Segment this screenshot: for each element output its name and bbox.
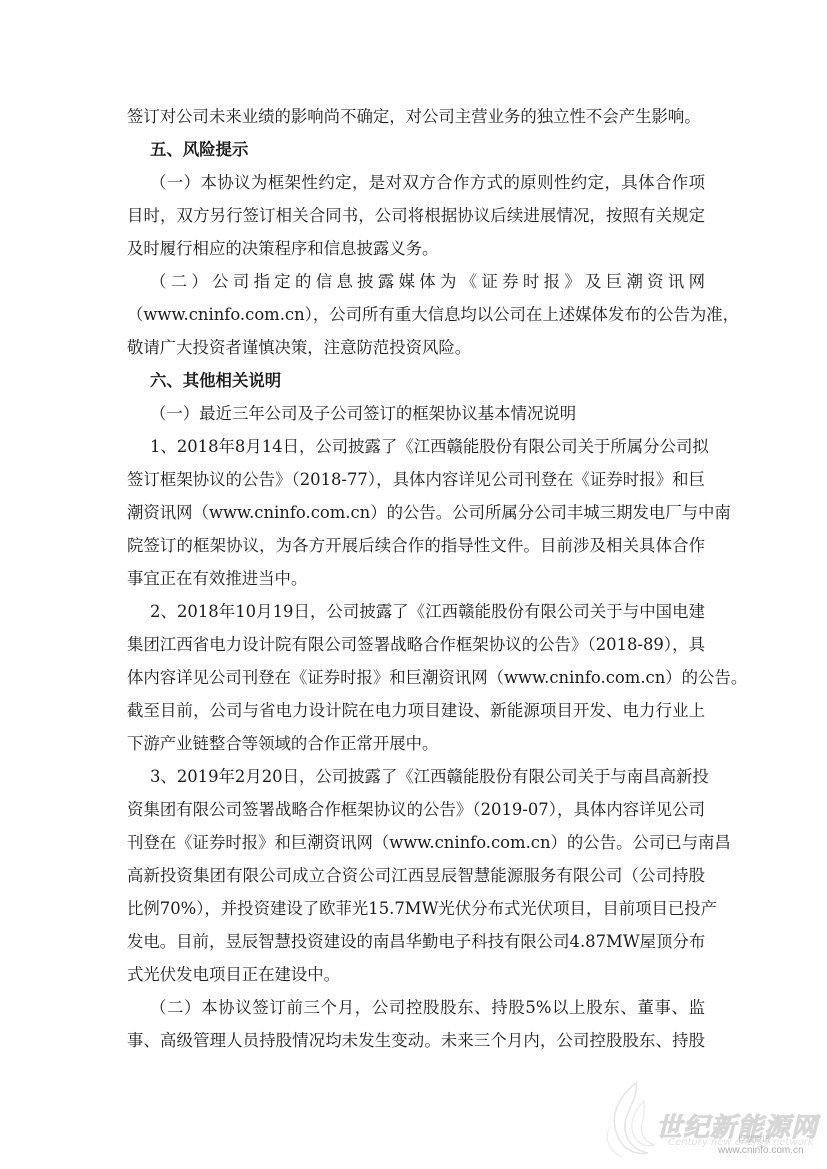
text-line: 潮资讯网（www.cninfo.com.cn）的公告。公司所属分公司丰城三期发电… <box>127 496 705 529</box>
text-line: 资集团有限公司签署战略合作框架协议的公告》（2019-07），具体内容详见公司 <box>127 793 705 826</box>
text-line: 事、高级管理人员持股情况均未发生变动。未来三个月内，公司控股股东、持股 <box>127 1024 705 1057</box>
text-line: 事宜正在有效推进当中。 <box>127 562 705 595</box>
text-line: （www.cninfo.com.cn），公司所有重大信息均以公司在上述媒体发布的… <box>127 298 705 331</box>
paragraph-item-2: 2、2018年10月19日，公司披露了《江西赣能股份有限公司关于与中国电建 集团… <box>127 595 705 760</box>
section-heading-other: 六、其他相关说明 <box>127 364 705 397</box>
text-line: （二）公司指定的信息披露媒体为《证券时报》及巨潮资讯网 <box>127 265 705 298</box>
text-line: 高新投资集团有限公司成立合资公司江西昱辰智慧能源服务有限公司（公司持股 <box>127 859 705 892</box>
text-line: 2、2018年10月19日，公司披露了《江西赣能股份有限公司关于与中国电建 <box>127 595 705 628</box>
text-line: 签订框架协议的公告》（2018-77），具体内容详见公司刊登在《证券时报》和巨 <box>127 463 705 496</box>
watermark: 世纪新能源网 Century new energy network 巨潮资讯 w… <box>598 1079 813 1161</box>
text-line: 截至目前，公司与省电力设计院在电力项目建设、新能源项目开发、电力行业上 <box>127 694 705 727</box>
text-line: 院签订的框架协议，为各方开展后续合作的指导性文件。目前涉及相关具体合作 <box>127 529 705 562</box>
paragraph-risk-2: （二）公司指定的信息披露媒体为《证券时报》及巨潮资讯网 （www.cninfo.… <box>127 265 705 364</box>
text-line: 发电。目前，昱辰智慧投资建设的南昌华勤电子科技有限公司4.87MW屋顶分布 <box>127 925 705 958</box>
text-line: 刊登在《证券时报》和巨潮资讯网（www.cninfo.com.cn）的公告。公司… <box>127 826 705 859</box>
section-heading-risk: 五、风险提示 <box>127 133 705 166</box>
document-page: 签订对公司未来业绩的影响尚不确定，对公司主营业务的独立性不会产生影响。 五、风险… <box>127 100 705 1057</box>
text-line: 1、2018年8月14日，公司披露了《江西赣能股份有限公司关于所属分公司拟 <box>127 430 705 463</box>
text-line: 集团江西省电力设计院有限公司签署战略合作框架协议的公告》（2018-89），具 <box>127 628 705 661</box>
text-line: （一）本协议为框架性约定，是对双方合作方式的原则性约定，具体合作项 <box>127 166 705 199</box>
text-line: 体内容详见公司刊登在《证券时报》和巨潮资讯网（www.cninfo.com.cn… <box>127 661 705 694</box>
paragraph-other-2: （二）本协议签订前三个月，公司控股股东、持股5%以上股东、董事、监 事、高级管理… <box>127 991 705 1057</box>
paragraph-risk-1: （一）本协议为框架性约定，是对双方合作方式的原则性约定，具体合作项 目时，双方另… <box>127 166 705 265</box>
paragraph-other-1-intro: （一）最近三年公司及子公司签订的框架协议基本情况说明 <box>127 397 705 430</box>
watermark-url: www.cninfo.com.cn <box>718 1145 804 1156</box>
text-line: 及时履行相应的决策程序和信息披露义务。 <box>127 232 705 265</box>
text-line: 3、2019年2月20日，公司披露了《江西赣能股份有限公司关于与南昌高新投 <box>127 760 705 793</box>
text-line: 下游产业链整合等领域的合作正常开展中。 <box>127 727 705 760</box>
text-line: 式光伏发电项目正在建设中。 <box>127 958 705 991</box>
paragraph-item-3: 3、2019年2月20日，公司披露了《江西赣能股份有限公司关于与南昌高新投 资集… <box>127 760 705 991</box>
text-line: 签订对公司未来业绩的影响尚不确定，对公司主营业务的独立性不会产生影响。 <box>127 100 705 133</box>
text-line: （二）本协议签订前三个月，公司控股股东、持股5%以上股东、董事、监 <box>127 991 705 1024</box>
text-line: 比例70%），并投资建设了欧菲光15.7MW光伏分布式光伏项目，目前项目已投产 <box>127 892 705 925</box>
paragraph-item-1: 1、2018年8月14日，公司披露了《江西赣能股份有限公司关于所属分公司拟 签订… <box>127 430 705 595</box>
text-line: （一）最近三年公司及子公司签订的框架协议基本情况说明 <box>127 397 705 430</box>
watermark-cninfo-cn: 巨潮资讯 <box>738 1134 770 1145</box>
text-line: 敬请广大投资者谨慎决策，注意防范投资风险。 <box>127 331 705 364</box>
text-line: 目时，双方另行签订相关合同书，公司将根据协议后续进展情况，按照有关规定 <box>127 199 705 232</box>
